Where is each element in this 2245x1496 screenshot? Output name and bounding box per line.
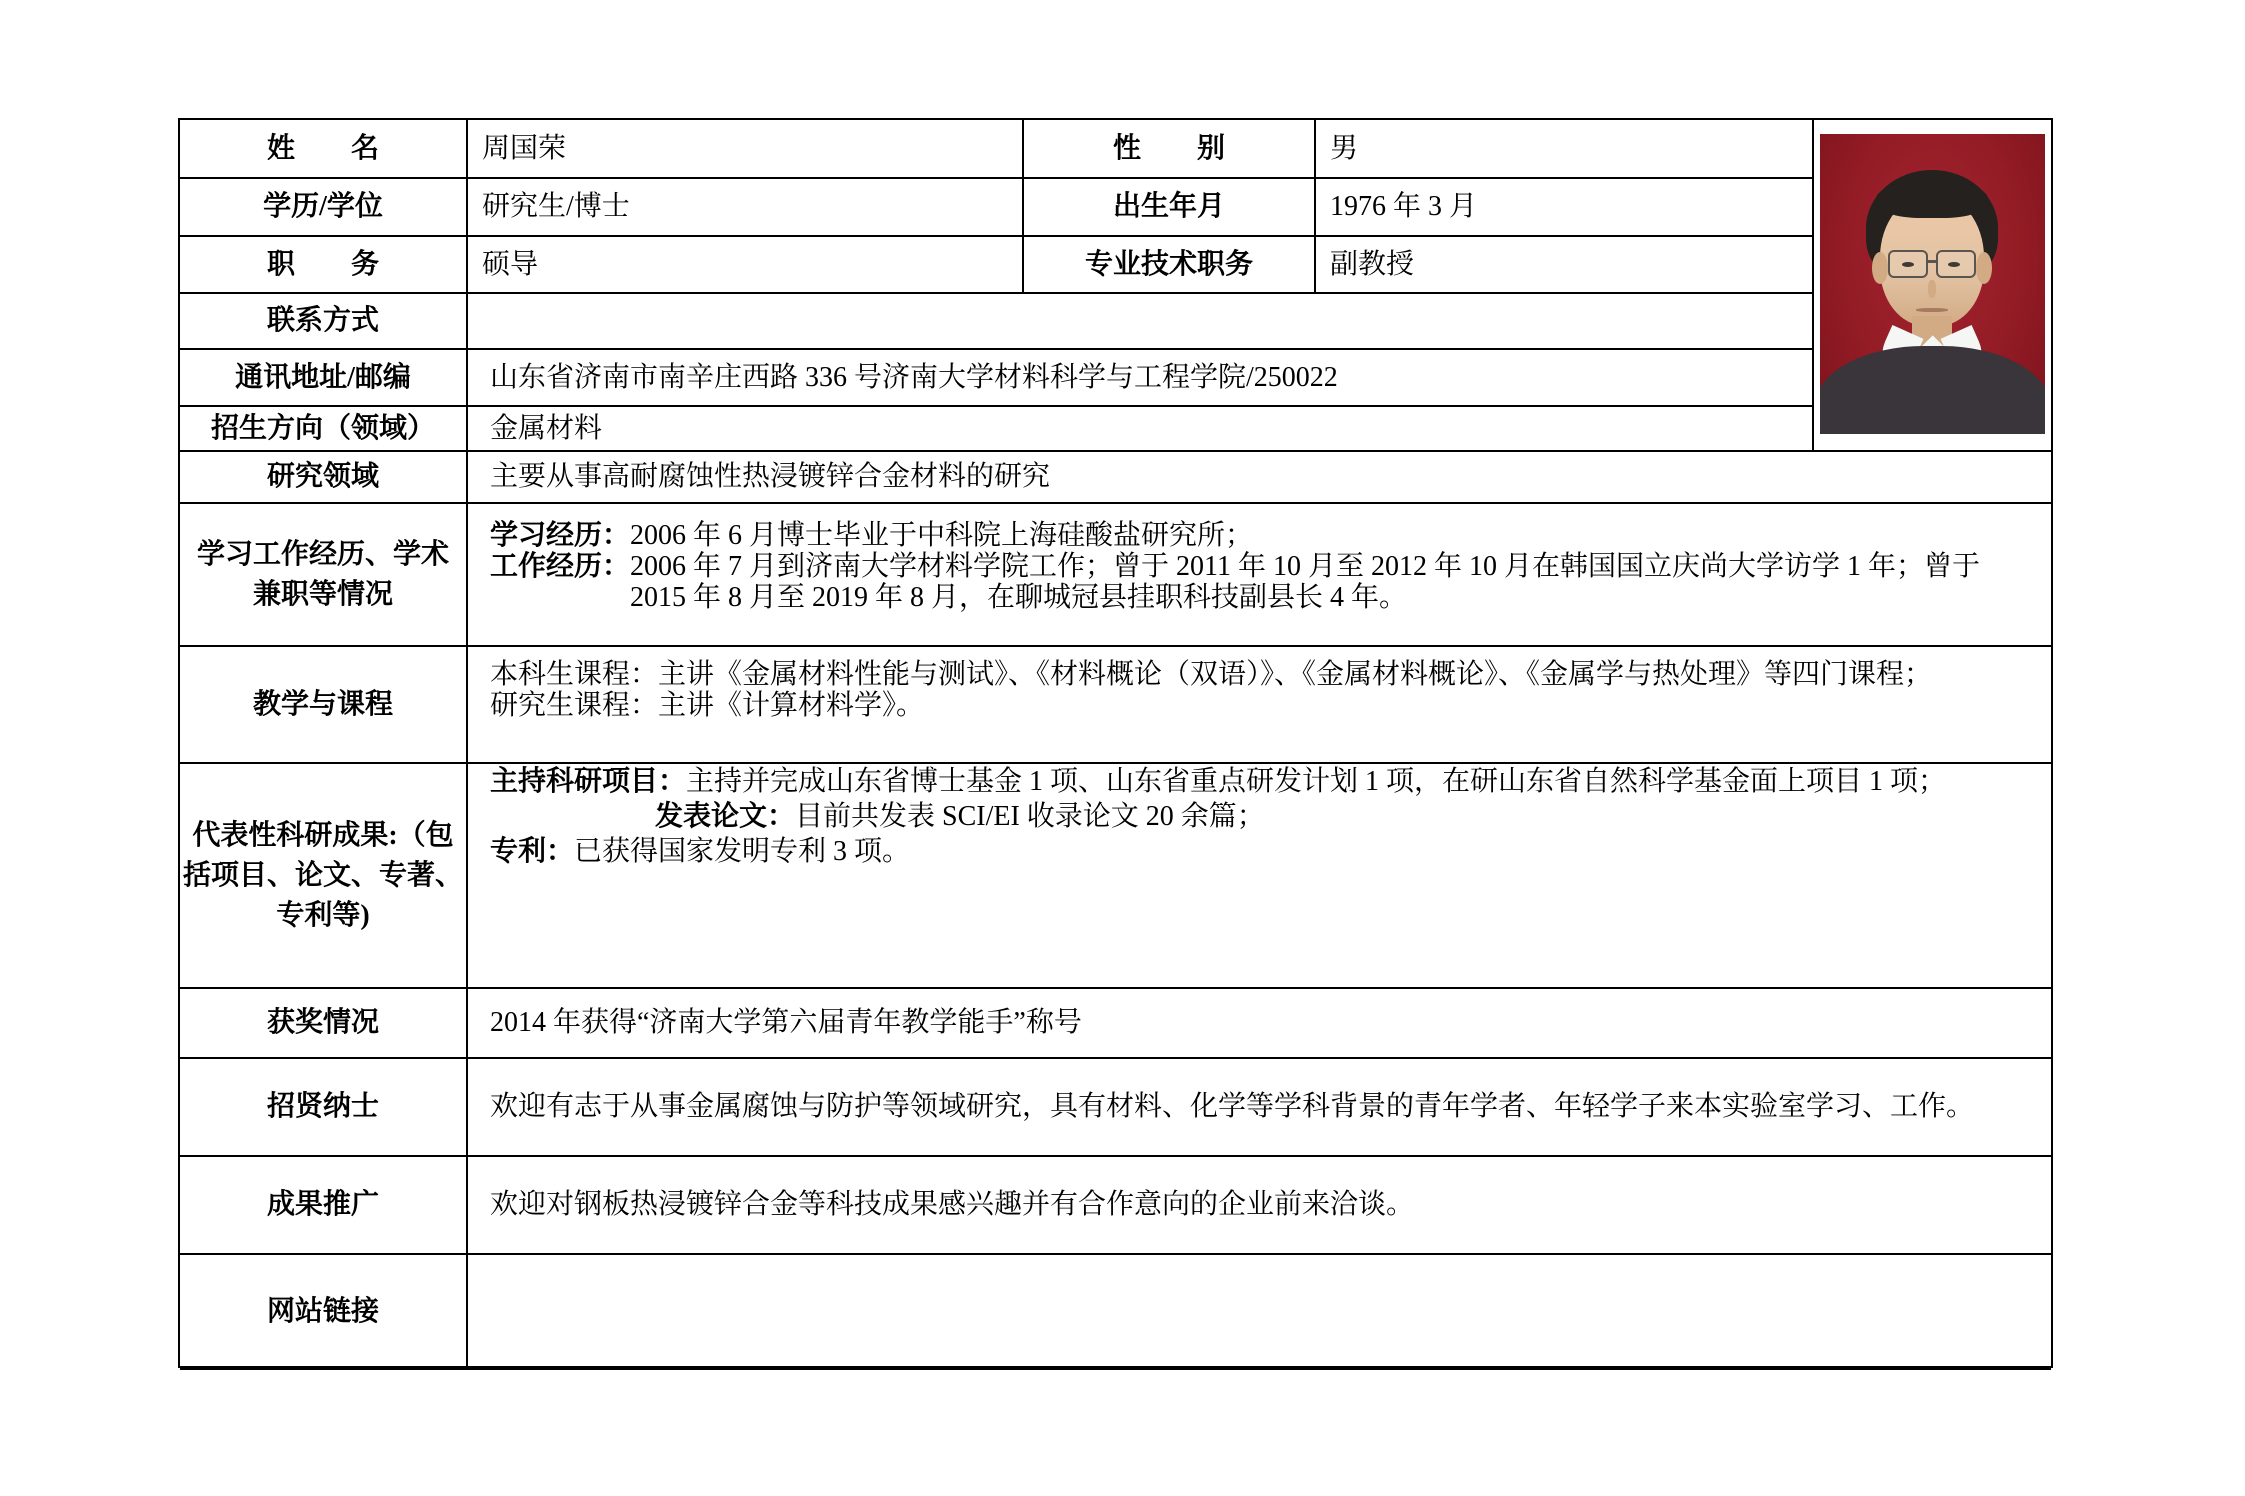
tech-title-label: 专业技术职务 (1024, 237, 1316, 292)
name-label: 姓 名 (180, 120, 468, 177)
website-value (468, 1255, 2051, 1368)
duty-value: 硕导 (468, 237, 1024, 292)
achievements-content: 主持科研项目：主持并完成山东省博士基金 1 项、山东省重点研发计划 1 项，在研… (468, 764, 2051, 987)
portrait-sweater (1820, 346, 2045, 434)
document-page: { "theme": { "border": "#000000", "text"… (0, 0, 2245, 1496)
teaching-content: 本科生课程：主讲《金属材料性能与测试》、《材料概论（双语）》、《金属材料概论》、… (468, 647, 2051, 762)
achievements-project-line: 主持科研项目：主持并完成山东省博士基金 1 项、山东省重点研发计划 1 项，在研… (490, 764, 2035, 799)
achievements-paper-line: 发表论文：目前共发表 SCI/EI 收录论文 20 余篇； (490, 799, 2035, 834)
portrait-mouth (1916, 308, 1948, 312)
experience-edu-text: 2006 年 6 月博士毕业于中科院上海硅酸盐研究所； (630, 520, 1253, 551)
achievements-label: 代表性科研成果:（包 括项目、论文、专著、 专利等) (180, 764, 468, 987)
name-value: 周国荣 (468, 120, 1024, 177)
portrait-glasses-right-lens (1936, 250, 1976, 278)
research-field-label: 研究领域 (180, 452, 468, 502)
row-promotion: 成果推广 欢迎对钢板热浸镀锌合金等科技成果感兴趣并有合作意向的企业前来洽谈。 (180, 1157, 2051, 1255)
row-name-gender: 姓 名 周国荣 性 别 男 (180, 120, 1816, 179)
portrait-glasses-bridge (1926, 260, 1938, 263)
row-awards: 获奖情况 2014 年获得“济南大学第六届青年教学能手”称号 (180, 989, 2051, 1059)
birth-value: 1976 年 3 月 (1316, 179, 1816, 235)
recruit-label: 招贤纳士 (180, 1059, 468, 1155)
contact-label: 联系方式 (180, 294, 468, 348)
teaching-grad-line: 研究生课程：主讲《计算材料学》。 (490, 690, 2035, 721)
row-enroll: 招生方向（领域） 金属材料 (180, 407, 1816, 452)
gender-value: 男 (1316, 120, 1816, 177)
enroll-value: 金属材料 (468, 407, 1816, 450)
duty-label: 职 务 (180, 237, 468, 292)
enroll-label: 招生方向（领域） (180, 407, 468, 450)
degree-label: 学历/学位 (180, 179, 468, 235)
portrait-photo-cell (1812, 120, 2051, 452)
row-research-field: 研究领域 主要从事高耐腐蚀性热浸镀锌合金材料的研究 (180, 452, 2051, 504)
experience-content: 学习经历：2006 年 6 月博士毕业于中科院上海硅酸盐研究所； 工作经历：20… (468, 504, 2051, 645)
row-teaching: 教学与课程 本科生课程：主讲《金属材料性能与测试》、《材料概论（双语）》、《金属… (180, 647, 2051, 764)
address-value: 山东省济南市南辛庄西路 336 号济南大学材料科学与工程学院/250022 (468, 350, 1816, 405)
experience-work-text: 2006 年 7 月到济南大学材料学院工作；曾于 2011 年 10 月至 20… (630, 551, 1980, 613)
row-experience: 学习工作经历、学术 兼职等情况 学习经历：2006 年 6 月博士毕业于中科院上… (180, 504, 2051, 647)
birth-label: 出生年月 (1024, 179, 1316, 235)
recruit-value: 欢迎有志于从事金属腐蚀与防护等领域研究，具有材料、化学等学科背景的青年学者、年轻… (468, 1059, 2051, 1155)
row-contact: 联系方式 (180, 294, 1816, 350)
promotion-label: 成果推广 (180, 1157, 468, 1253)
achievements-paper-text: 目前共发表 SCI/EI 收录论文 20 余篇； (795, 801, 1265, 832)
experience-work-prefix: 工作经历： (490, 551, 630, 582)
row-achievements: 代表性科研成果:（包 括项目、论文、专著、 专利等) 主持科研项目：主持并完成山… (180, 764, 2051, 989)
achievements-patent-line: 专利：已获得国家发明专利 3 项。 (490, 834, 2035, 869)
research-field-value: 主要从事高耐腐蚀性热浸镀锌合金材料的研究 (468, 452, 2051, 502)
tech-title-value: 副教授 (1316, 237, 1816, 292)
row-duty-title: 职 务 硕导 专业技术职务 副教授 (180, 237, 1816, 294)
teaching-undergrad-line: 本科生课程：主讲《金属材料性能与测试》、《材料概论（双语）》、《金属材料概论》、… (490, 659, 2035, 690)
experience-label: 学习工作经历、学术 兼职等情况 (180, 504, 468, 645)
address-label: 通讯地址/邮编 (180, 350, 468, 405)
faculty-profile-table: 姓 名 周国荣 性 别 男 学历/学位 研究生/博士 出生年月 1976 年 3… (178, 118, 2053, 1368)
awards-value: 2014 年获得“济南大学第六届青年教学能手”称号 (468, 989, 2051, 1057)
gender-label: 性 别 (1024, 120, 1316, 177)
experience-edu-line: 学习经历：2006 年 6 月博士毕业于中科院上海硅酸盐研究所； (490, 520, 2035, 551)
achievements-paper-prefix: 发表论文： (655, 801, 795, 832)
experience-edu-prefix: 学习经历： (490, 520, 630, 551)
row-website: 网站链接 (180, 1255, 2051, 1370)
contact-value (468, 294, 1816, 348)
achievements-patent-prefix: 专利： (490, 836, 574, 867)
portrait-photo (1820, 134, 2045, 434)
row-recruit: 招贤纳士 欢迎有志于从事金属腐蚀与防护等领域研究，具有材料、化学等学科背景的青年… (180, 1059, 2051, 1157)
degree-value: 研究生/博士 (468, 179, 1024, 235)
achievements-project-text: 主持并完成山东省博士基金 1 项、山东省重点研发计划 1 项，在研山东省自然科学… (686, 766, 1946, 797)
achievements-project-prefix: 主持科研项目： (490, 766, 686, 797)
portrait-glasses-left-lens (1888, 250, 1928, 278)
row-address: 通讯地址/邮编 山东省济南市南辛庄西路 336 号济南大学材料科学与工程学院/2… (180, 350, 1816, 407)
awards-label: 获奖情况 (180, 989, 468, 1057)
portrait-nose (1928, 280, 1936, 298)
portrait-ear-right (1976, 252, 1992, 284)
achievements-patent-text: 已获得国家发明专利 3 项。 (574, 836, 910, 867)
row-degree-birth: 学历/学位 研究生/博士 出生年月 1976 年 3 月 (180, 179, 1816, 237)
teaching-label: 教学与课程 (180, 647, 468, 762)
promotion-value: 欢迎对钢板热浸镀锌合金等科技成果感兴趣并有合作意向的企业前来洽谈。 (468, 1157, 2051, 1253)
portrait-ear-left (1872, 252, 1888, 284)
portrait-hair-fringe (1876, 180, 1988, 218)
website-label: 网站链接 (180, 1255, 468, 1368)
experience-work-line: 工作经历：2006 年 7 月到济南大学材料学院工作；曾于 2011 年 10 … (490, 551, 2035, 613)
